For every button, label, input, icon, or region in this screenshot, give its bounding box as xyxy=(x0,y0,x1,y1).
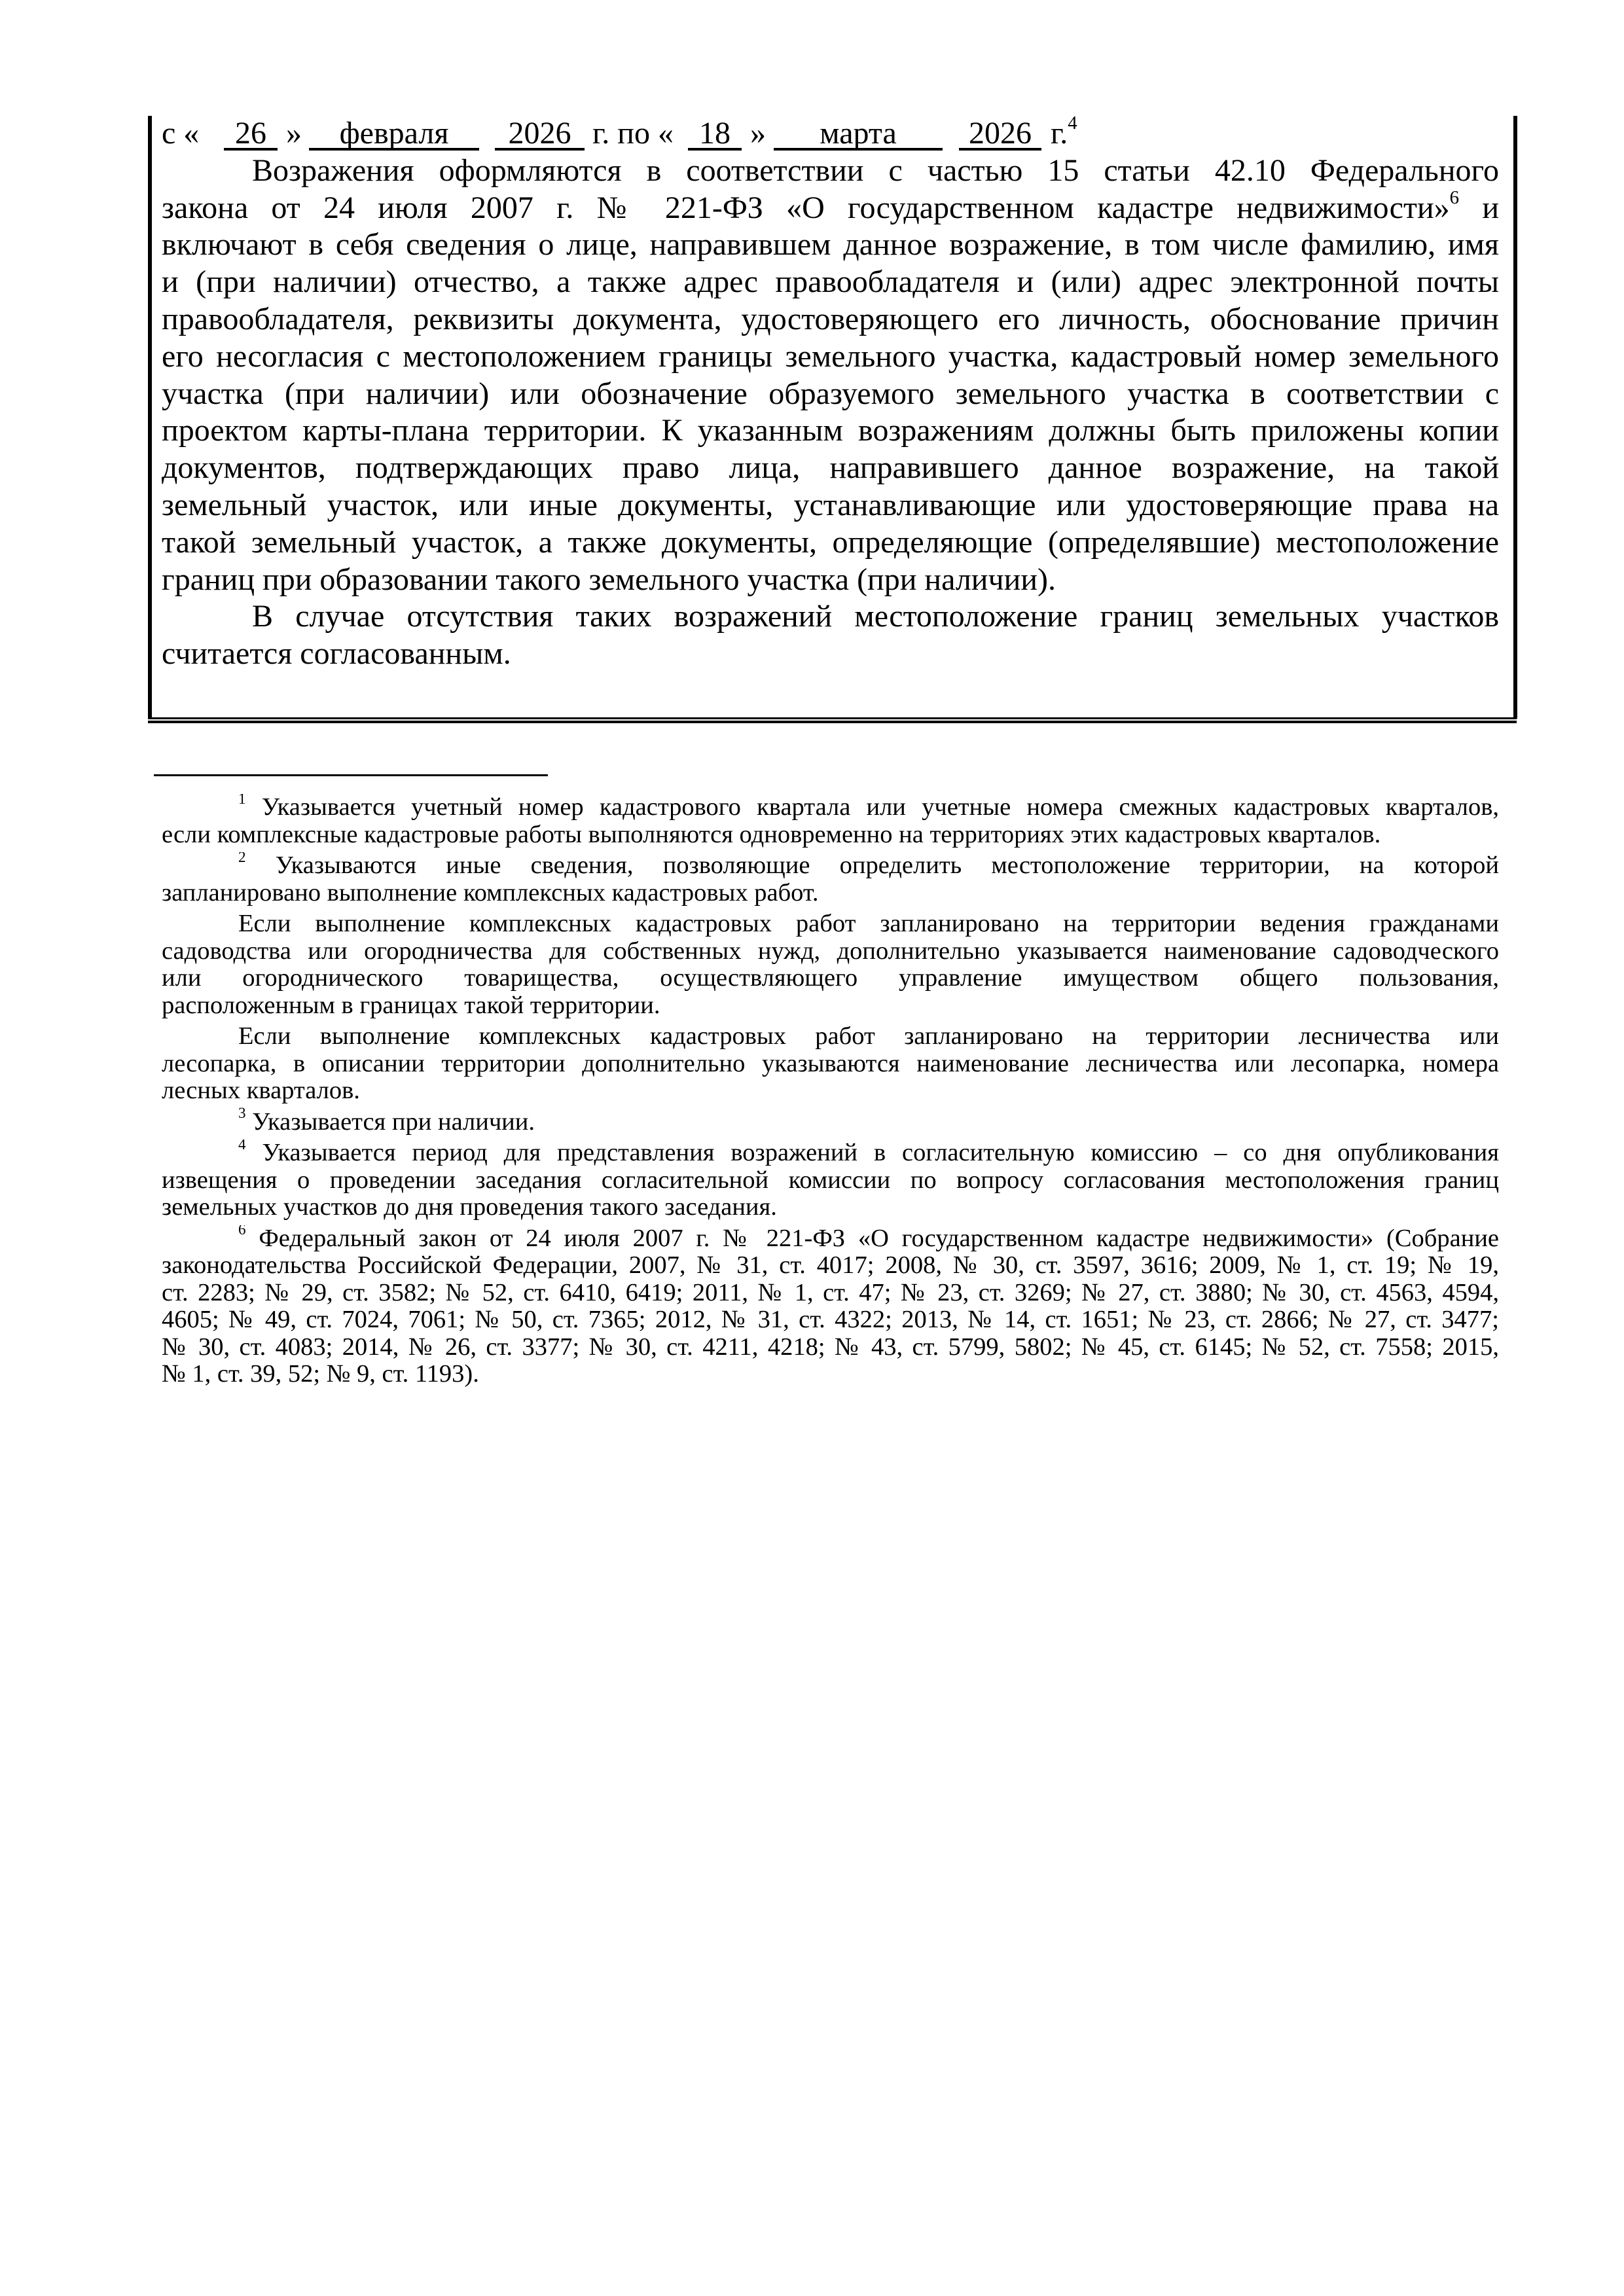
frame-bottom-border-thick xyxy=(148,721,1517,723)
footnote-line: лесопарка, в описании территории дополни… xyxy=(162,1050,1499,1078)
footnote-line: 2 Указываются иные сведения, позволяющие… xyxy=(162,852,1499,880)
body-line: закона от 24 июля 2007 г. № 221-ФЗ «О го… xyxy=(162,190,1499,227)
footnote-text: Указываются иные сведения, позволяющие о… xyxy=(276,852,1499,879)
footnote-number: 6 xyxy=(238,1225,246,1238)
date-prefix: с « xyxy=(162,115,199,152)
footnote-text: Указывается учетный номер кадастрового к… xyxy=(262,794,1499,821)
day-from-field: 26 xyxy=(224,115,278,151)
footnote-2-gardening: Если выполнение комплексных кадастровых … xyxy=(162,910,1499,1019)
body-line: включают в себя сведения о лице, направи… xyxy=(162,226,1499,264)
footnote-line: 1 Указывается учетный номер кадастрового… xyxy=(162,794,1499,821)
date-quote-close-2: » xyxy=(750,115,766,152)
footnote-line: если комплексные кадастровые работы выпо… xyxy=(162,821,1499,849)
footnote-number: 2 xyxy=(238,852,246,865)
notice-body: с « 26 » февраля 2026 г. по « 18 » марта… xyxy=(162,115,1499,673)
footnote-line: запланировано выполнение комплексных кад… xyxy=(162,880,1499,907)
body-line: такой земельный участок, а также докумен… xyxy=(162,524,1499,562)
body-line: правообладателя, реквизиты документа, уд… xyxy=(162,301,1499,338)
year-to-field: 2026 xyxy=(959,115,1041,151)
footnote-line: 3 Указывается при наличии. xyxy=(162,1109,1499,1136)
footnote-line: 6 Федеральный закон от 24 июля 2007 г. №… xyxy=(162,1225,1499,1253)
footnote-text: Указывается при наличии. xyxy=(252,1108,535,1136)
footnote-line: Если выполнение комплексных кадастровых … xyxy=(162,910,1499,938)
month-from-field: февраля xyxy=(309,115,479,151)
footnotes: 1 Указывается учетный номер кадастрового… xyxy=(162,794,1499,1392)
footnote-line: ст. 2283; № 29, ст. 3582; № 52, ст. 6410… xyxy=(162,1280,1499,1307)
footnote-6: 6 Федеральный закон от 24 июля 2007 г. №… xyxy=(162,1225,1499,1388)
body-line: документов, подтверждающих право лица, н… xyxy=(162,450,1499,487)
date-suffix: г.4 xyxy=(1051,115,1077,152)
body-line: Возражения оформляются в соответствии с … xyxy=(162,152,1499,190)
objections-paragraph: Возражения оформляются в соответствии с … xyxy=(162,152,1499,599)
footnote-line: или огороднического товарищества, осущес… xyxy=(162,965,1499,992)
footnote-separator xyxy=(154,774,548,776)
footnote-line: законодательства Российской Федерации, 2… xyxy=(162,1252,1499,1280)
frame-bottom-border-thin xyxy=(148,717,1517,719)
day-to-field: 18 xyxy=(688,115,742,151)
body-line: проектом карты-плана территории. К указа… xyxy=(162,412,1499,450)
footnote-text: Федеральный закон от 24 июля 2007 г. № 2… xyxy=(259,1225,1499,1252)
month-to-field: марта xyxy=(774,115,943,151)
footnote-1: 1 Указывается учетный номер кадастрового… xyxy=(162,794,1499,848)
footnote-ref-4[interactable]: 4 xyxy=(1068,113,1077,134)
footnote-2: 2 Указываются иные сведения, позволяющие… xyxy=(162,852,1499,906)
footnote-number: 1 xyxy=(238,794,246,807)
footnote-number: 4 xyxy=(238,1139,246,1153)
year-from-field: 2026 xyxy=(495,115,585,151)
body-line: считается согласованным. xyxy=(162,636,1499,673)
footnote-text: Указывается период для представления воз… xyxy=(262,1139,1499,1166)
footnote-line: земельных участков до дня проведения так… xyxy=(162,1194,1499,1221)
footnote-line: 4 Указывается период для представления в… xyxy=(162,1139,1499,1167)
footnote-3: 3 Указывается при наличии. xyxy=(162,1109,1499,1136)
consent-paragraph: В случае отсутствия таких возражений мес… xyxy=(162,598,1499,673)
body-line: земельный участок, или иные документы, у… xyxy=(162,487,1499,524)
body-line: границ при образовании такого земельного… xyxy=(162,562,1499,599)
footnote-line: лесных кварталов. xyxy=(162,1077,1499,1105)
footnote-ref-6[interactable]: 6 xyxy=(1450,190,1459,208)
objection-period-line: с « 26 » февраля 2026 г. по « 18 » марта… xyxy=(162,115,1499,152)
footnote-line: садоводства или огородничества для собст… xyxy=(162,938,1499,965)
footnote-line: № 1, ст. 39, 52; № 9, ст. 1193). xyxy=(162,1361,1499,1388)
body-line: В случае отсутствия таких возражений мес… xyxy=(162,598,1499,636)
body-line: участка (при наличии) или обозначение об… xyxy=(162,376,1499,413)
footnote-line: 4605; № 49, ст. 7024, 7061; № 50, ст. 73… xyxy=(162,1306,1499,1334)
footnote-line: извещения о проведении заседания согласи… xyxy=(162,1167,1499,1194)
footnote-2-forestry: Если выполнение комплексных кадастровых … xyxy=(162,1023,1499,1105)
body-line: его несогласия с местоположением границы… xyxy=(162,338,1499,376)
footnote-4: 4 Указывается период для представления в… xyxy=(162,1139,1499,1221)
body-line-tail: и xyxy=(1482,190,1499,225)
date-quote-close-1: » xyxy=(286,115,302,152)
footnote-line: Если выполнение комплексных кадастровых … xyxy=(162,1023,1499,1050)
footnote-line: № 30, ст. 4083; 2014, № 26, ст. 3377; № … xyxy=(162,1334,1499,1361)
date-middle: г. по « xyxy=(592,115,674,152)
footnote-number: 3 xyxy=(238,1104,246,1121)
date-suffix-text: г. xyxy=(1051,116,1068,151)
body-line: и (при наличии) отчество, а также адрес … xyxy=(162,264,1499,301)
body-line-text: закона от 24 июля 2007 г. № 221-ФЗ «О го… xyxy=(162,190,1450,225)
footnote-line: расположенным в границах такой территори… xyxy=(162,992,1499,1020)
